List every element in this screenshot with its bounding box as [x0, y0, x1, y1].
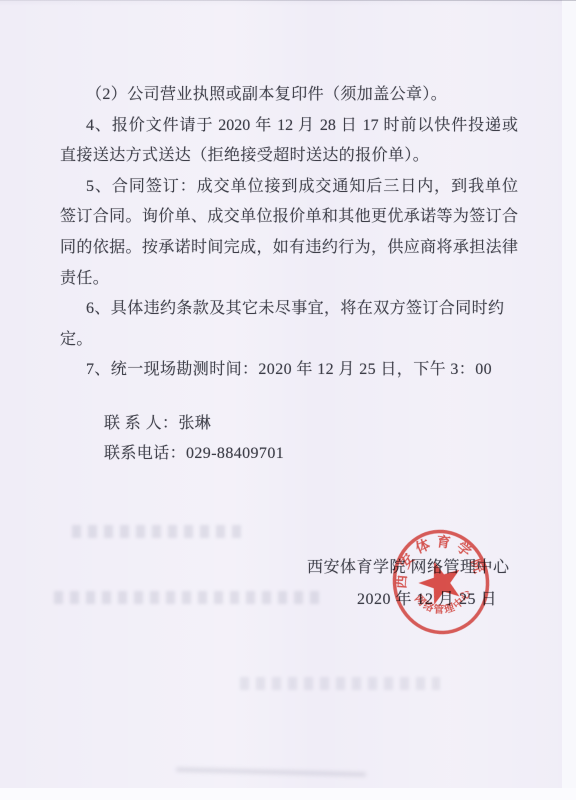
document-body: （2）公司营业执照或副本复印件（须加盖公章）。 4、报价文件请于 2020 年 … — [60, 80, 518, 386]
body-line-5: 签订合同。询价单、成交单位报价单和其他更优承诺等为签订合 — [60, 202, 518, 233]
body-line-7: 责任。 — [60, 264, 518, 295]
scan-smudge — [176, 768, 366, 777]
scanned-document-page: （2）公司营业执照或副本复印件（须加盖公章）。 4、报价文件请于 2020 年 … — [0, 0, 576, 800]
body-line-1: （2）公司营业执照或副本复印件（须加盖公章）。 — [60, 80, 518, 111]
contact-phone: 联系电话：029-88409701 — [104, 439, 284, 469]
bleed-through-mark — [240, 677, 440, 690]
body-line-9: 定。 — [60, 325, 518, 356]
body-line-3: 直接送达方式送达（拒绝接受超时送达的报价单）。 — [60, 141, 518, 172]
body-line-4: 5、合同签订：成交单位接到成交通知后三日内，到我单位 — [60, 172, 518, 203]
scan-edge-bottom — [0, 788, 576, 800]
body-line-10: 7、统一现场勘测时间：2020 年 12 月 25 日，下午 3：00 — [60, 355, 518, 386]
scan-edge-top — [0, 0, 576, 1]
body-line-8: 6、具体违约条款及其它未尽事宜，将在双方签订合同时约 — [60, 294, 518, 325]
bleed-through-mark — [72, 525, 242, 538]
body-line-2: 4、报价文件请于 2020 年 12 月 28 日 17 时前以快件投递或 — [60, 111, 518, 142]
bleed-through-mark — [54, 591, 326, 604]
contact-person: 联 系 人：张琳 — [104, 409, 284, 439]
official-seal-stamp: 西安体育学院 网络管理中心 — [371, 510, 512, 654]
scan-edge-right — [562, 0, 576, 800]
body-line-6: 同的依据。按承诺时间完成，如有违约行为，供应商将承担法律 — [60, 233, 518, 264]
contact-block: 联 系 人：张琳 联系电话：029-88409701 — [104, 409, 284, 468]
